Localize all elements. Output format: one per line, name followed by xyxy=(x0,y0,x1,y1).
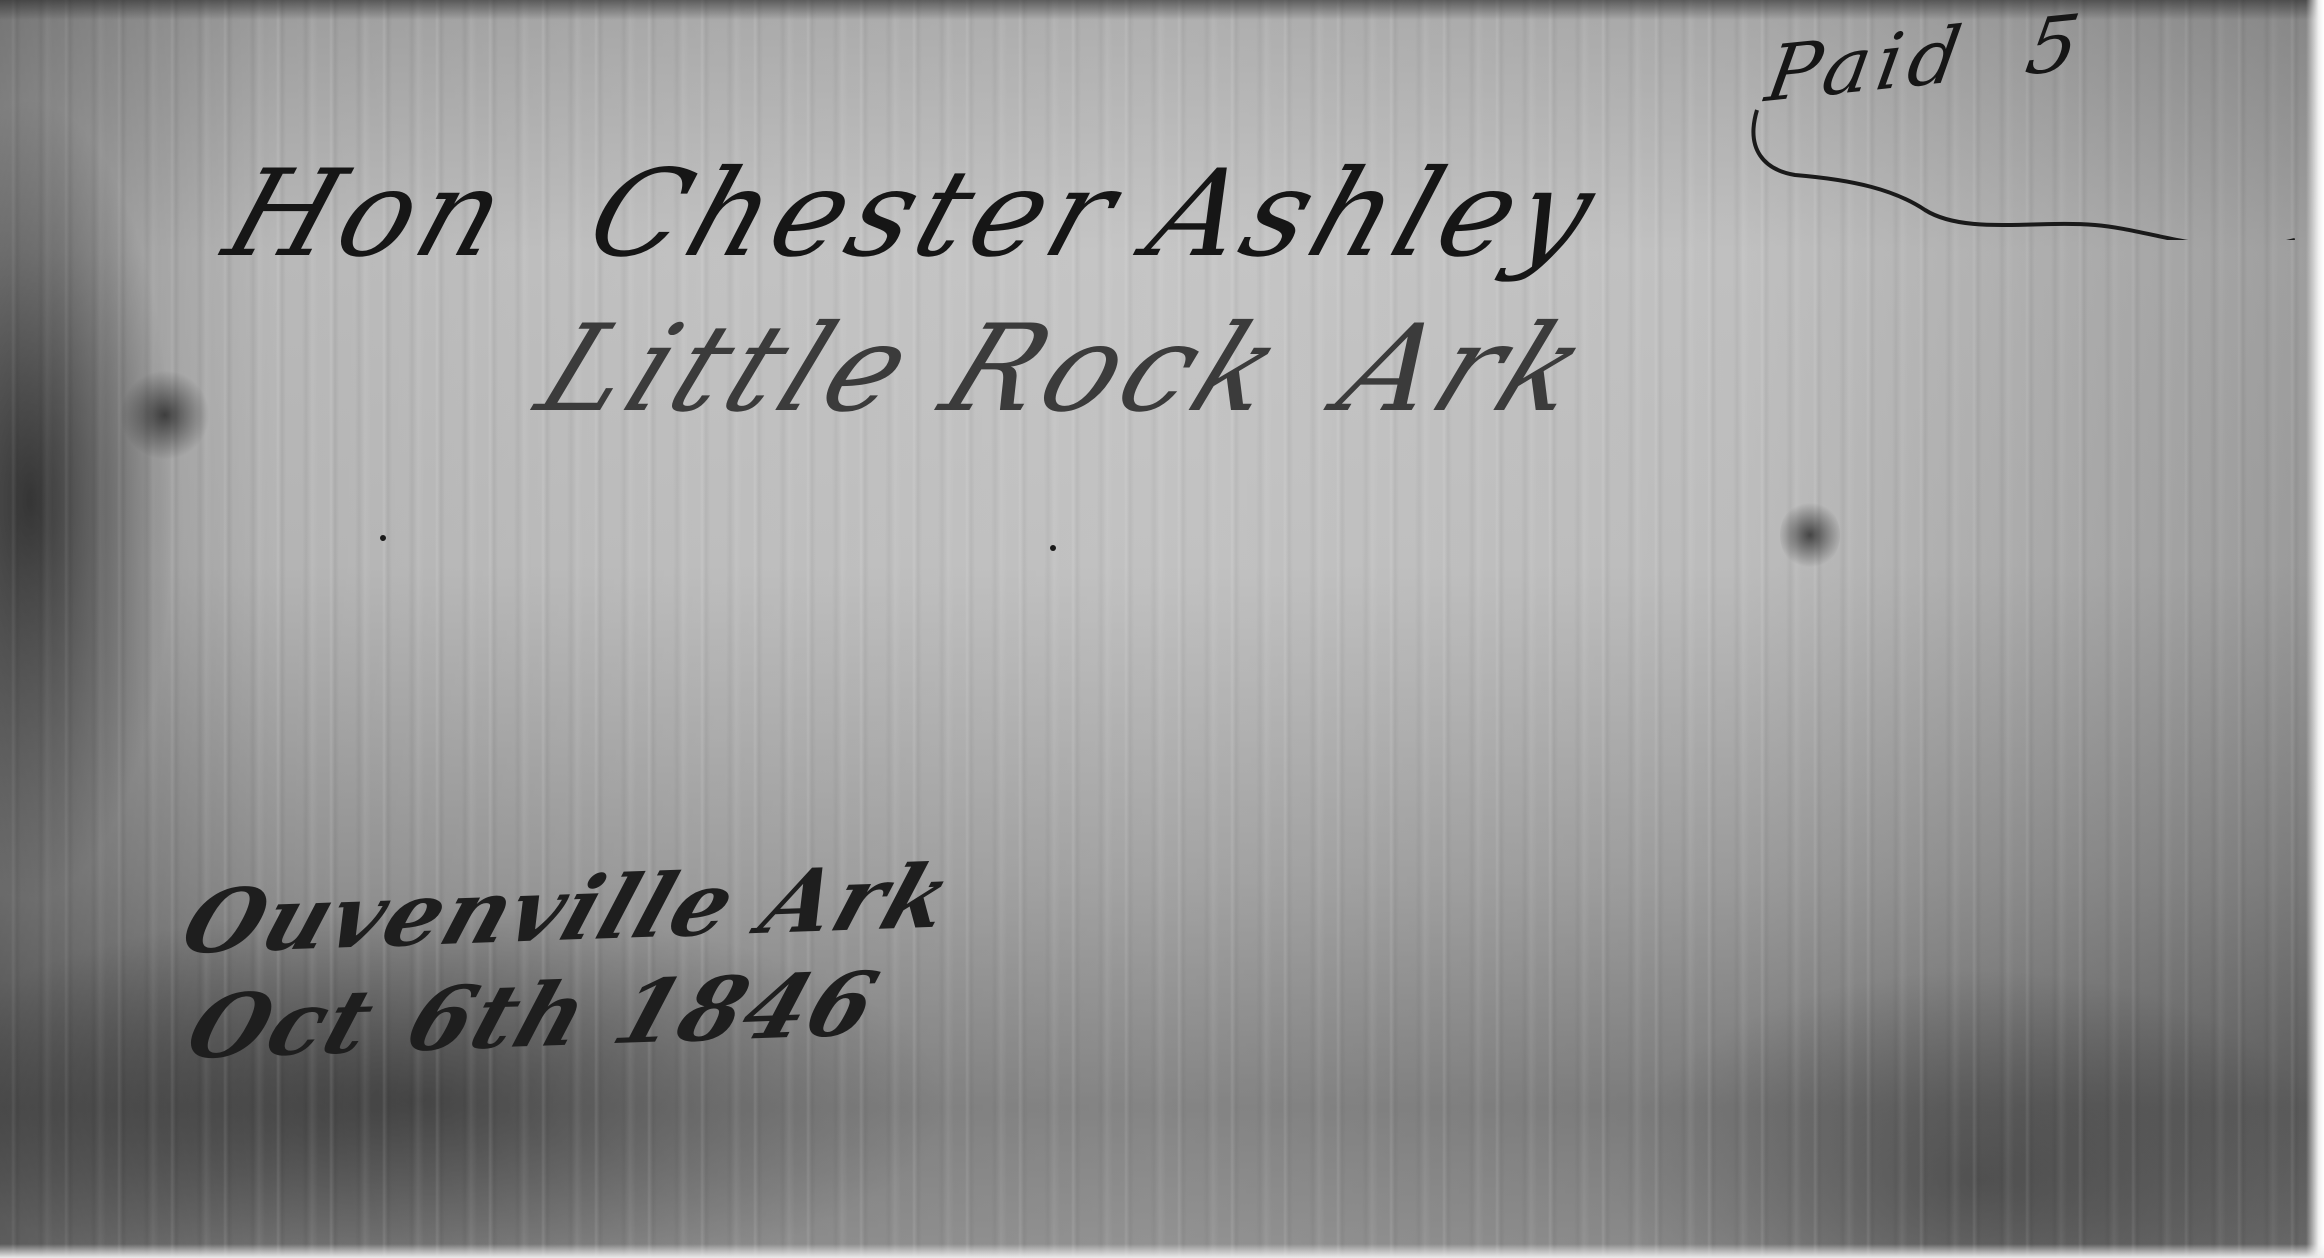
postmark-month: Oct xyxy=(175,969,388,1079)
envelope-scan: Paid5 HonChesterAshley Little RockArk Ou… xyxy=(0,0,2324,1258)
destination-city: Little Rock xyxy=(520,300,1307,439)
postmark-date: Oct6th 1846 xyxy=(175,952,892,1079)
ink-speck xyxy=(380,535,386,541)
postmark-year: 1846 xyxy=(601,952,891,1065)
addressee-name: HonChesterAshley xyxy=(210,145,1616,284)
addressee-last-name: Ashley xyxy=(1133,145,1617,284)
addressee-honorific: Hon xyxy=(210,145,527,284)
destination-address: Little RockArk xyxy=(520,300,1611,439)
ink-smudge xyxy=(1780,500,1840,570)
addressee-first-name: Chester xyxy=(572,145,1137,284)
envelope-bottom-edge xyxy=(0,1244,2324,1258)
ink-smudge xyxy=(120,370,210,460)
envelope-right-edge xyxy=(2306,0,2324,1258)
ink-speck xyxy=(1050,545,1056,551)
postmark-day: 6th xyxy=(395,961,603,1071)
destination-state: Ark xyxy=(1321,300,1612,439)
